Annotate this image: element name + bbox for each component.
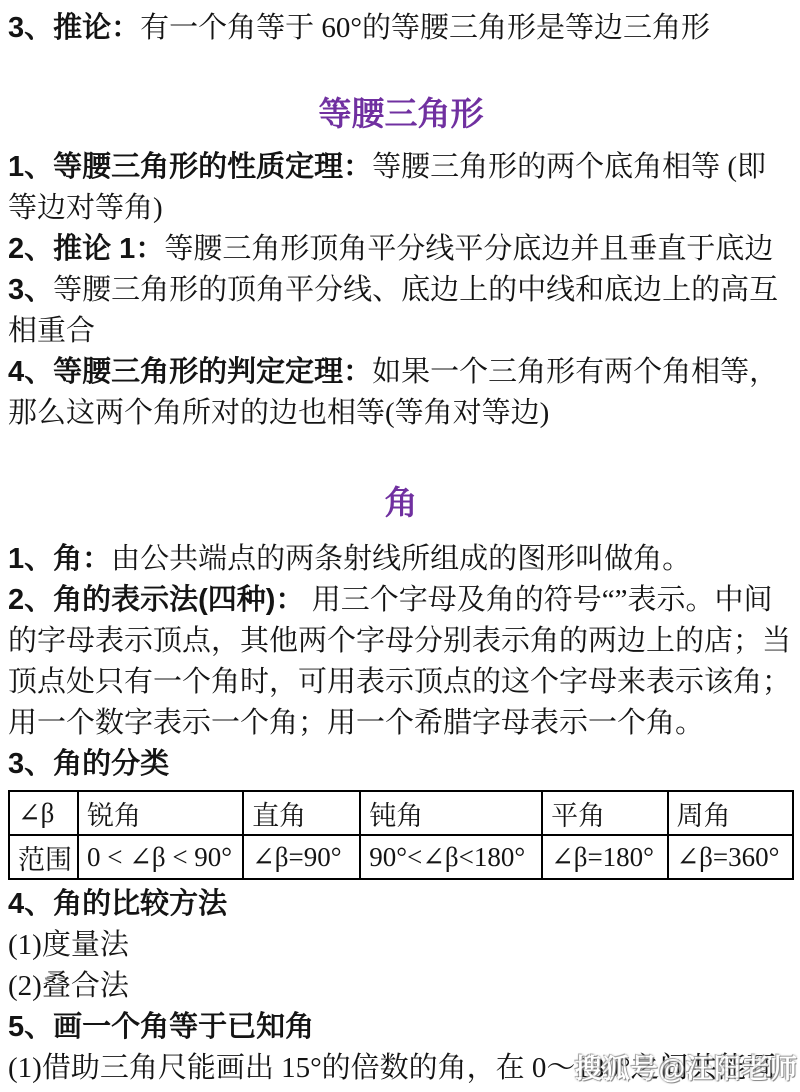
angle-item-1: 1、角：由公共端点的两条射线所组成的图形叫做角。 [8,539,794,580]
cell-obtuse-angle: 钝角 [360,791,542,835]
item-prefix: 1、角： [8,543,111,575]
item-text: 等腰三角形的顶角平分线、底边上的中线和底边上的高互相重合 [8,274,778,347]
item-prefix: 3、角的分类 [8,748,169,780]
item-prefix: 3、 [8,274,53,306]
cell-acute-range: 0 < ∠β < 90° [78,835,243,879]
isosceles-item-1: 1、等腰三角形的性质定理：等腰三角形的两个底角相等 (即等边对等角) [8,147,794,229]
angle-item-3-classification: 3、角的分类 [8,744,794,785]
comparison-method-1: (1)度量法 [8,925,794,966]
cell-range-label: 范围 [9,835,78,879]
cell-straight-range: ∠β=180° [542,835,667,879]
cell-obtuse-range: 90°<∠β<180° [360,835,542,879]
intro-prefix: 3、推论： [8,12,140,44]
comparison-method-2: (2)叠合法 [8,966,794,1007]
cell-full-range: ∠β=360° [668,835,793,879]
comparison-heading: 4、角的比较方法 [8,884,794,925]
item-prefix: 2、角的表示法(四种)： [8,584,304,616]
cell-full-angle: 周角 [668,791,793,835]
item-text: 等腰三角形顶角平分线平分底边并且垂直于底边 [164,233,773,265]
table-range-row: 范围 0 < ∠β < 90° ∠β=90° 90°<∠β<180° ∠β=18… [9,835,793,879]
item-prefix: 2、推论 1： [8,233,164,265]
cell-angle-symbol: ∠β [9,791,78,835]
document-page: 3、推论：有一个角等于 60°的等腰三角形是等边三角形 等腰三角形 1、等腰三角… [0,0,800,1089]
item-text: 由公共端点的两条射线所组成的图形叫做角。 [111,543,691,575]
item-prefix: 1、等腰三角形的性质定理： [8,151,372,183]
drawing-heading: 5、画一个角等于已知角 [8,1007,794,1048]
isosceles-item-2: 2、推论 1：等腰三角形顶角平分线平分底边并且垂直于底边 [8,229,794,270]
item-prefix: 4、等腰三角形的判定定理： [8,356,372,388]
isosceles-item-4: 4、等腰三角形的判定定理：如果一个三角形有两个角相等，那么这两个角所对的边也相等… [8,352,794,434]
cell-acute-angle: 锐角 [78,791,243,835]
intro-text: 有一个角等于 60°的等腰三角形是等边三角形 [140,12,710,44]
cell-right-range: ∠β=90° [243,835,360,879]
intro-line: 3、推论：有一个角等于 60°的等腰三角形是等边三角形 [8,8,794,49]
table-header-row: ∠β 锐角 直角 钝角 平角 周角 [9,791,793,835]
cell-right-angle: 直角 [243,791,360,835]
heading-angle: 角 [8,480,794,526]
heading-isosceles-triangle: 等腰三角形 [8,91,794,137]
sohu-watermark: 搜狐号@汪阳老师 [575,1047,798,1086]
cell-straight-angle: 平角 [542,791,667,835]
angle-classification-table: ∠β 锐角 直角 钝角 平角 周角 范围 0 < ∠β < 90° ∠β=90°… [8,790,794,880]
isosceles-item-3: 3、等腰三角形的顶角平分线、底边上的中线和底边上的高互相重合 [8,270,794,352]
angle-item-2: 2、角的表示法(四种)： 用三个字母及角的符号“”表示。中间的字母表示顶点，其他… [8,580,794,744]
